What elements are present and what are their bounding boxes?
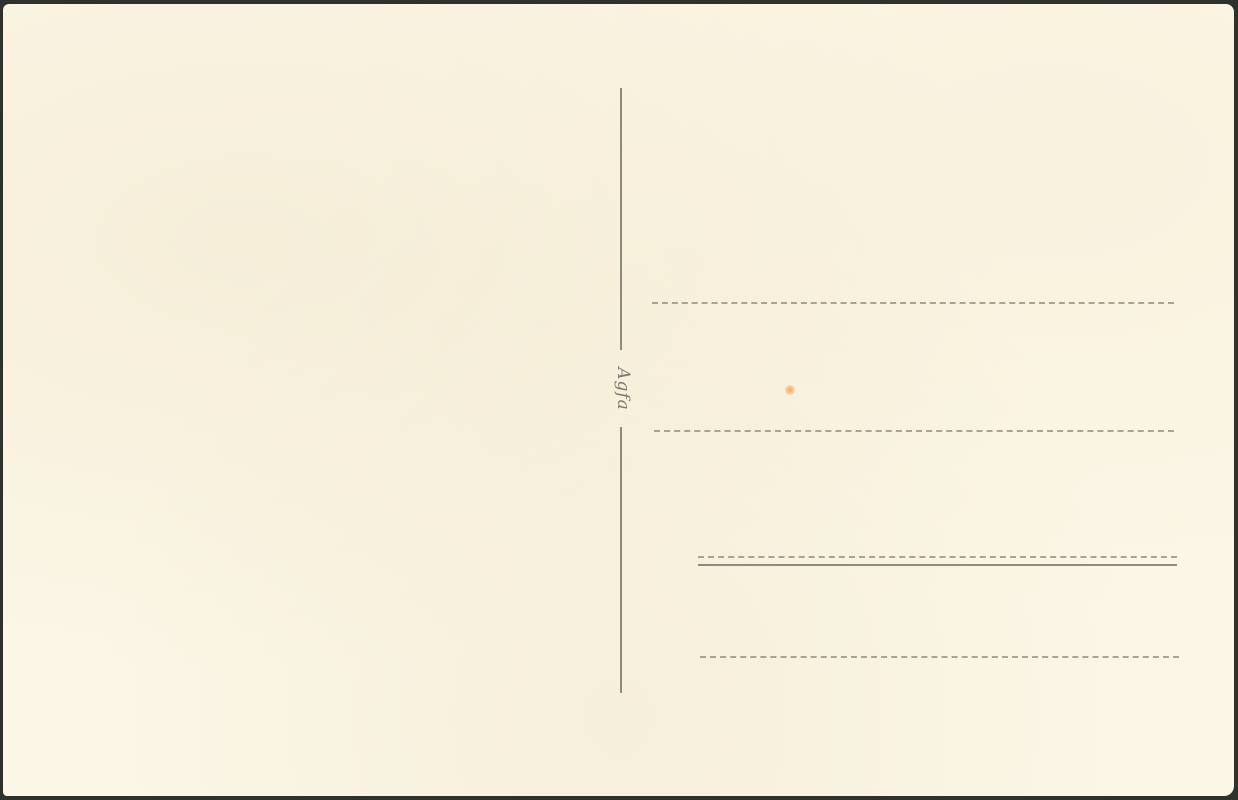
address-line-3-underline — [698, 564, 1177, 566]
address-line-3 — [698, 556, 1177, 558]
brand-text: Agfa — [613, 367, 633, 411]
address-line-4 — [700, 656, 1179, 658]
brand-mark: Agfa — [603, 364, 643, 414]
center-divider-top — [620, 88, 622, 350]
postcard-back: Agfa — [3, 4, 1234, 796]
address-line-2 — [654, 430, 1174, 432]
paper-stain — [785, 385, 795, 395]
address-line-1 — [652, 302, 1174, 304]
center-divider-bottom — [620, 427, 622, 693]
